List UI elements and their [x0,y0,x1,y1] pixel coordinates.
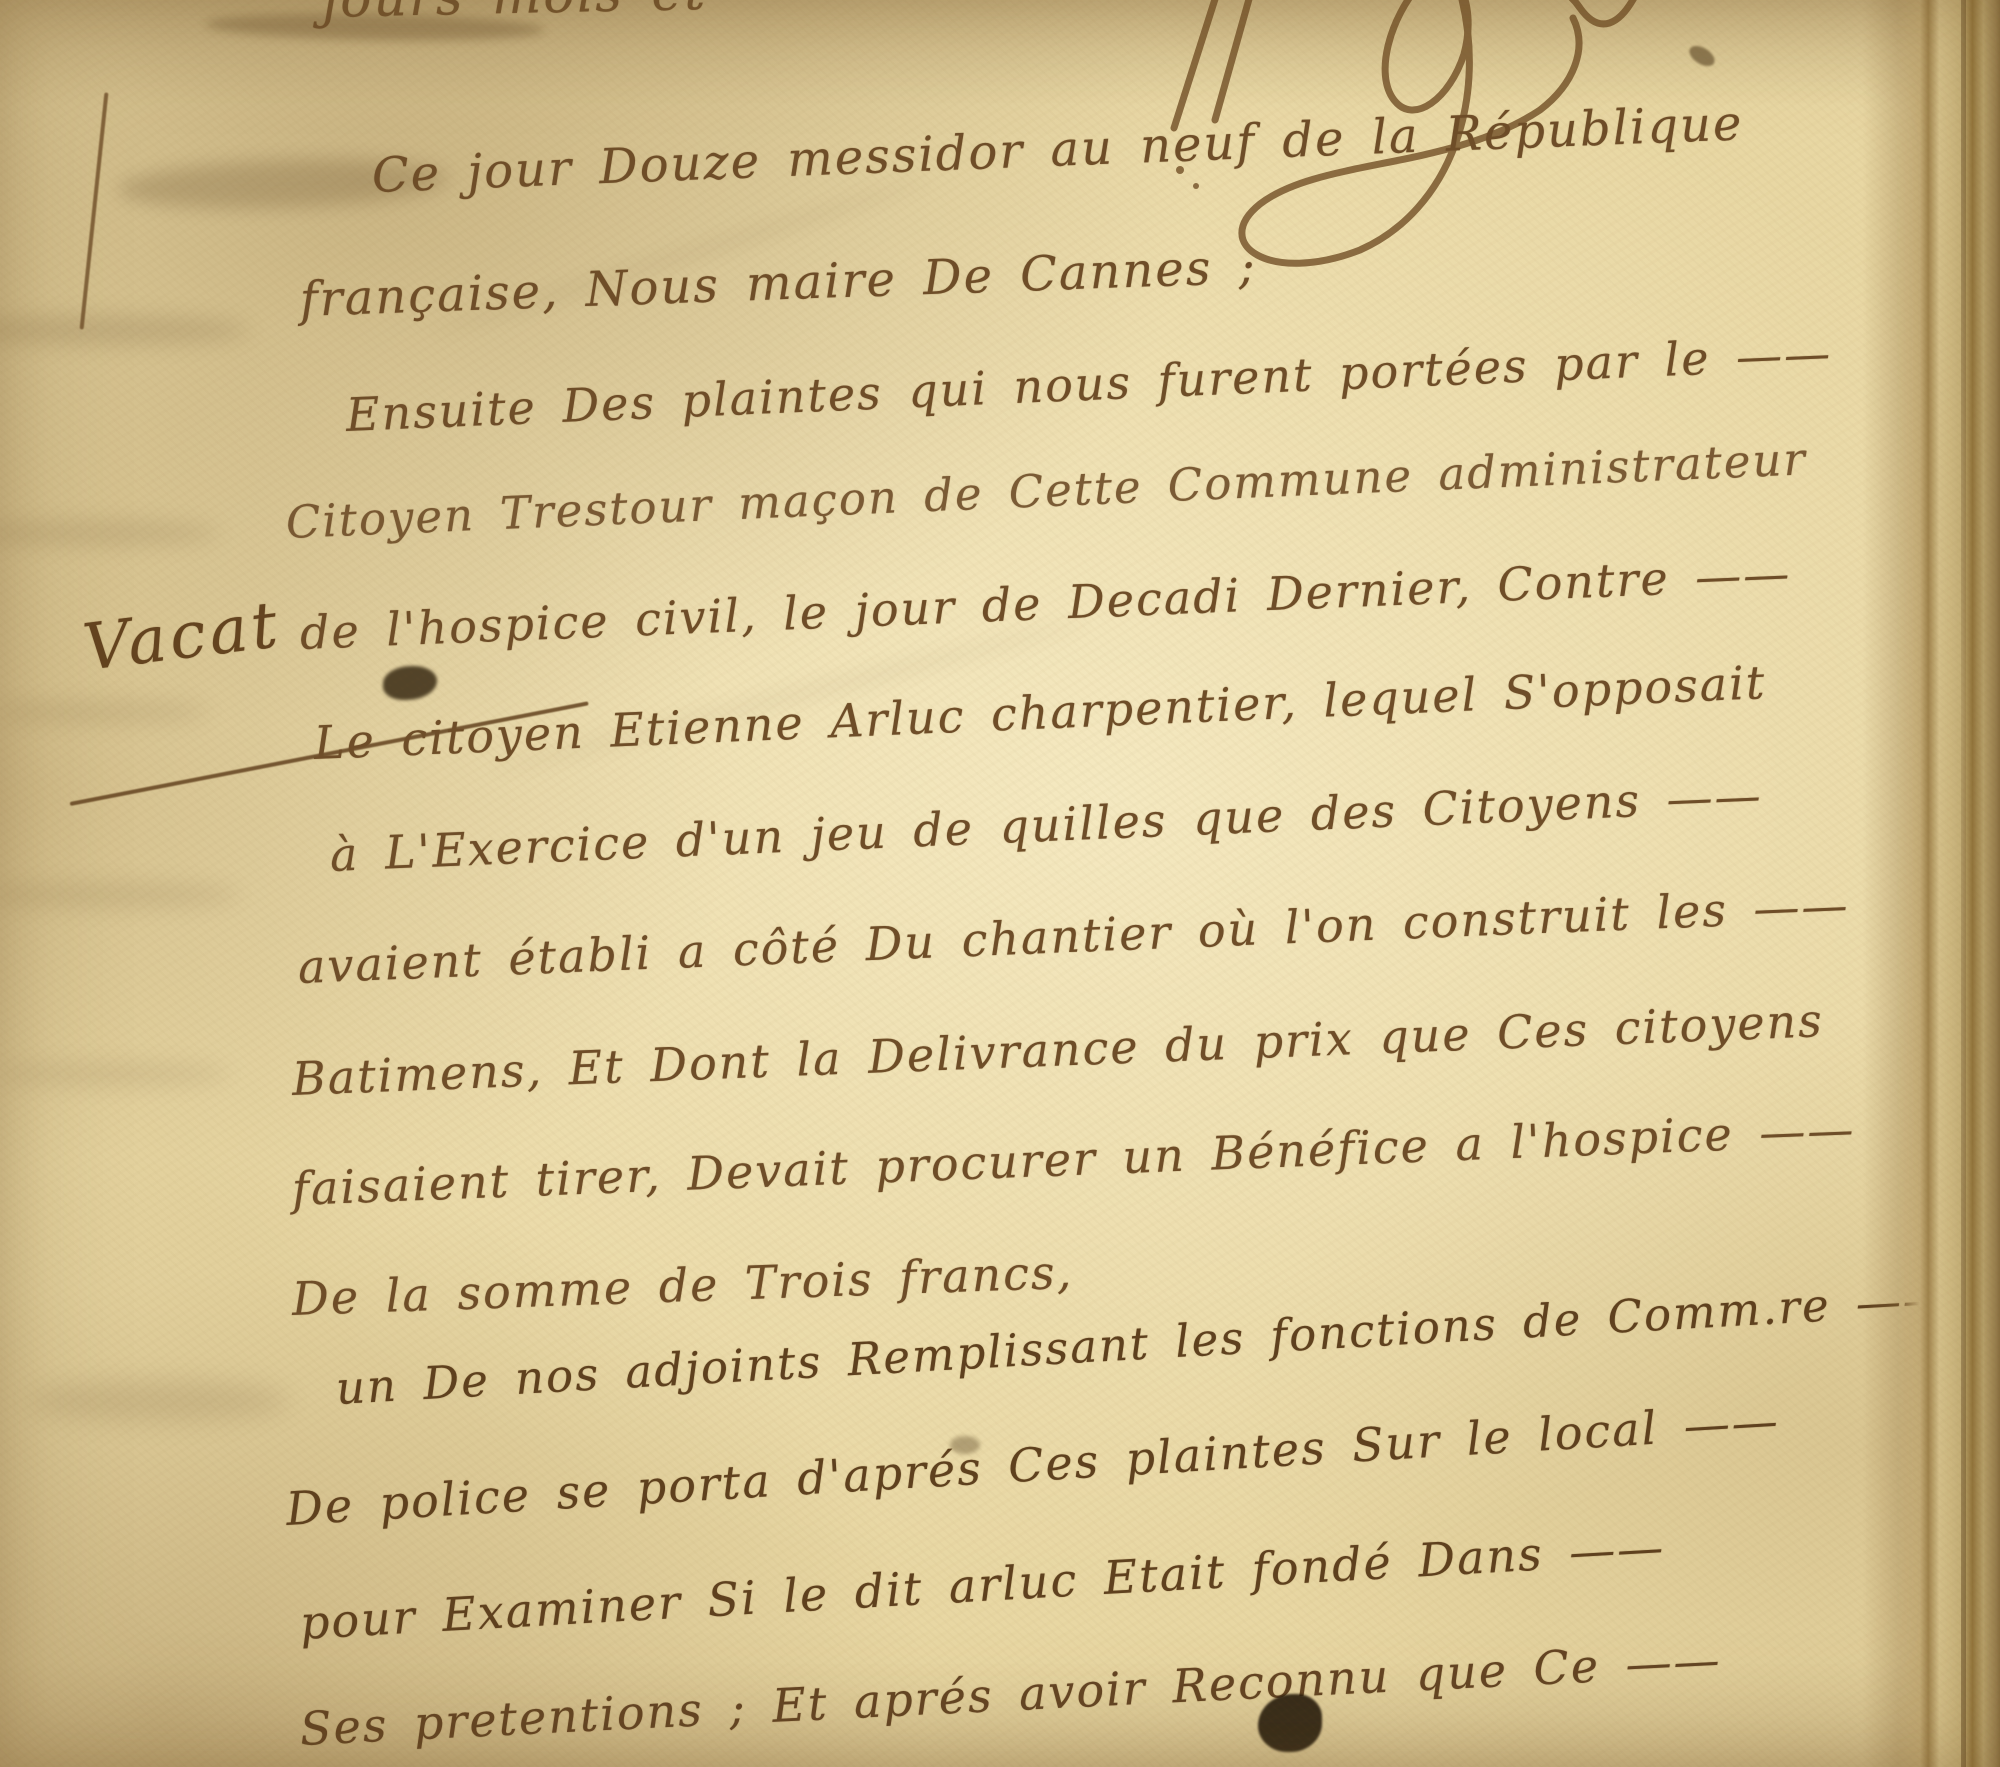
page-edge-binding [1862,0,2000,1767]
manuscript-line: Ensuite Des plaintes qui nous furent por… [345,326,1833,442]
bleedthrough-smudge [0,882,240,908]
manuscript-page: jours mois et Vacat Ce jour Douze messid… [0,0,2000,1767]
manuscript-line: faisaient tirer, Devait procurer un Béné… [291,1102,1856,1216]
manuscript-line: de l'hospice civil, le jour de Decadi De… [299,546,1792,660]
previous-entry-fragment: jours mois et [321,0,707,30]
manuscript-line: De police se porta d'aprés Ces plaintes … [284,1393,1781,1536]
bleedthrough-smudge [30,1380,290,1422]
manuscript-line: Le citoyen Etienne Arluc charpentier, le… [313,655,1767,770]
bleedthrough-smudge [0,315,250,345]
manuscript-line: pour Examiner Si le dit arluc Etait fond… [298,1520,1666,1650]
ink-speck [1686,42,1718,70]
margin-note-vacat: Vacat [79,588,285,686]
manuscript-line: Batimens, Et Dont la Delivrance du prix … [291,993,1825,1106]
ink-blot [383,666,437,700]
bleedthrough-smudge [0,1062,230,1086]
manuscript-line: à L'Exercice d'un jeu de quilles que des… [329,768,1764,882]
manuscript-line: avaient établi a côté Du chantier où l'o… [297,878,1850,994]
pen-stroke-descender [80,92,109,329]
manuscript-line: française, Nous maire De Cannes ; [299,239,1258,328]
bleedthrough-smudge [0,700,210,724]
manuscript-line: Citoyen Trestour maçon de Cette Commune … [285,432,1808,549]
page-edge-crease [1961,0,1966,1767]
manuscript-line: Ses pretentions ; Et aprés avoir Reconnu… [299,1633,1723,1756]
manuscript-line: De la somme de Trois francs, [291,1245,1074,1326]
bleedthrough-smudge [0,520,220,546]
